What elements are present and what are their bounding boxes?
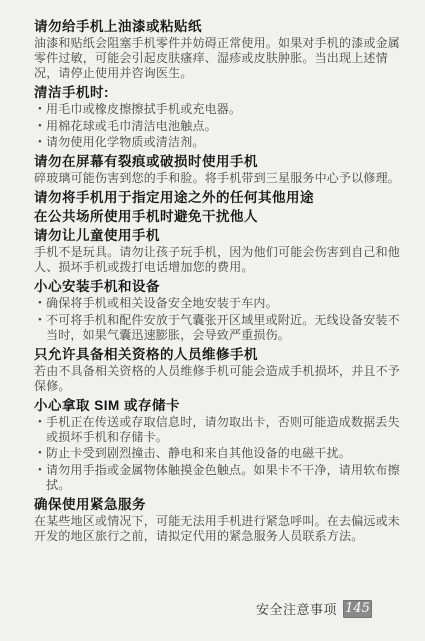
bullet-icon: • <box>34 313 46 328</box>
bullet-item: • 用棉花球或毛巾清洁电池触点。 <box>34 119 402 134</box>
bullet-text: 确保将手机或相关设备安全地安装于车内。 <box>46 296 402 311</box>
bullet-text: 用棉花球或毛巾清洁电池触点。 <box>46 119 402 134</box>
manual-page-content: 请勿给手机上油漆或粘贴纸 油漆和贴纸会阻塞手机零件并妨碍正常使用。如果对手机的漆… <box>34 19 402 546</box>
bullet-item: • 请勿用手指或金属物体触摸金色触点。如果卡不干净，请用软布擦拭。 <box>34 463 402 493</box>
section-cleaning: 清洁手机时: • 用毛巾或橡皮擦擦拭手机或充电器。 • 用棉花球或毛巾清洁电池触… <box>34 85 402 150</box>
section-install-devices: 小心安装手机和设备 • 确保将手机或相关设备安全地安装于车内。 • 不可将手机和… <box>34 279 402 343</box>
bullet-icon: • <box>34 102 46 117</box>
bullet-text: 手机正在传送或存取信息时，请勿取出卡，否则可能造成数据丢失或损坏手机和存储卡。 <box>46 415 402 445</box>
section-public-places: 在公共场所使用手机时避免干扰他人 <box>34 209 402 224</box>
bullet-icon: • <box>34 296 46 311</box>
bullet-icon: • <box>34 135 46 150</box>
section-heading: 小心安装手机和设备 <box>34 279 402 294</box>
bullet-text: 防止卡受到剧烈撞击、静电和来自其他设备的电磁干扰。 <box>46 446 402 461</box>
section-heading: 小心拿取 SIM 或存储卡 <box>34 398 402 413</box>
bullet-icon: • <box>34 463 46 478</box>
page-number-badge: 145 <box>343 600 372 618</box>
bullet-list: • 手机正在传送或存取信息时，请勿取出卡，否则可能造成数据丢失或损坏手机和存储卡… <box>34 415 402 493</box>
section-cracked-screen: 请勿在屏幕有裂痕或破损时使用手机 碎玻璃可能伤害到您的手和脸。将手机带到三星服务… <box>34 154 402 186</box>
section-paragraph: 油漆和贴纸会阻塞手机零件并妨碍正常使用。如果对手机的漆或金属零件过敏，可能会引起… <box>34 36 402 81</box>
section-heading: 确保使用紧急服务 <box>34 497 402 512</box>
bullet-text: 不可将手机和配件安放于气囊张开区域里或附近。无线设备安装不当时，如果气囊迅速膨胀… <box>46 313 402 343</box>
section-heading: 请勿将手机用于指定用途之外的任何其他用途 <box>34 190 402 205</box>
section-heading: 请勿给手机上油漆或粘贴纸 <box>34 19 402 34</box>
section-emergency-services: 确保使用紧急服务 在某些地区或情况下，可能无法用手机进行紧急呼叫。在去偏远或未开… <box>34 497 402 544</box>
bullet-list: • 确保将手机或相关设备安全地安装于车内。 • 不可将手机和配件安放于气囊张开区… <box>34 296 402 343</box>
section-intended-use: 请勿将手机用于指定用途之外的任何其他用途 <box>34 190 402 205</box>
bullet-icon: • <box>34 415 46 430</box>
footer-chapter-label: 安全注意事项 <box>256 599 337 618</box>
section-paragraph: 碎玻璃可能伤害到您的手和脸。将手机带到三星服务中心予以修理。 <box>34 171 402 186</box>
bullet-item: • 确保将手机或相关设备安全地安装于车内。 <box>34 296 402 311</box>
bullet-item: • 手机正在传送或存取信息时，请勿取出卡，否则可能造成数据丢失或损坏手机和存储卡… <box>34 415 402 445</box>
section-heading: 请勿在屏幕有裂痕或破损时使用手机 <box>34 154 402 169</box>
section-paragraph: 若由不具备相关资格的人员维修手机可能会造成手机损坏，并且不予保修。 <box>34 364 402 394</box>
section-paragraph: 手机不是玩具。请勿让孩子玩手机，因为他们可能会伤害到自己和他人、损坏手机或拨打电… <box>34 245 402 275</box>
bullet-icon: • <box>34 119 46 134</box>
section-heading: 在公共场所使用手机时避免干扰他人 <box>34 209 402 224</box>
page-footer: 安全注意事项 145 <box>256 599 372 618</box>
bullet-item: • 不可将手机和配件安放于气囊张开区域里或附近。无线设备安装不当时，如果气囊迅速… <box>34 313 402 343</box>
bullet-list: • 用毛巾或橡皮擦擦拭手机或充电器。 • 用棉花球或毛巾清洁电池触点。 • 请勿… <box>34 102 402 150</box>
section-children: 请勿让儿童使用手机 手机不是玩具。请勿让孩子玩手机，因为他们可能会伤害到自己和他… <box>34 228 402 275</box>
bullet-text: 用毛巾或橡皮擦擦拭手机或充电器。 <box>46 102 402 117</box>
bullet-icon: • <box>34 446 46 461</box>
bullet-item: • 请勿使用化学物质或清洁剂。 <box>34 135 402 150</box>
section-heading: 只允许具备相关资格的人员维修手机 <box>34 347 402 362</box>
section-paint: 请勿给手机上油漆或粘贴纸 油漆和贴纸会阻塞手机零件并妨碍正常使用。如果对手机的漆… <box>34 19 402 81</box>
section-sim-card: 小心拿取 SIM 或存储卡 • 手机正在传送或存取信息时，请勿取出卡，否则可能造… <box>34 398 402 493</box>
section-heading: 请勿让儿童使用手机 <box>34 228 402 243</box>
bullet-text: 请勿用手指或金属物体触摸金色触点。如果卡不干净，请用软布擦拭。 <box>46 463 402 493</box>
bullet-text: 请勿使用化学物质或清洁剂。 <box>46 135 402 150</box>
bullet-item: • 用毛巾或橡皮擦擦拭手机或充电器。 <box>34 102 402 117</box>
section-qualified-service: 只允许具备相关资格的人员维修手机 若由不具备相关资格的人员维修手机可能会造成手机… <box>34 347 402 394</box>
section-heading: 清洁手机时: <box>34 85 402 100</box>
section-paragraph: 在某些地区或情况下，可能无法用手机进行紧急呼叫。在去偏远或未开发的地区旅行之前，… <box>34 514 402 544</box>
bullet-item: • 防止卡受到剧烈撞击、静电和来自其他设备的电磁干扰。 <box>34 446 402 461</box>
